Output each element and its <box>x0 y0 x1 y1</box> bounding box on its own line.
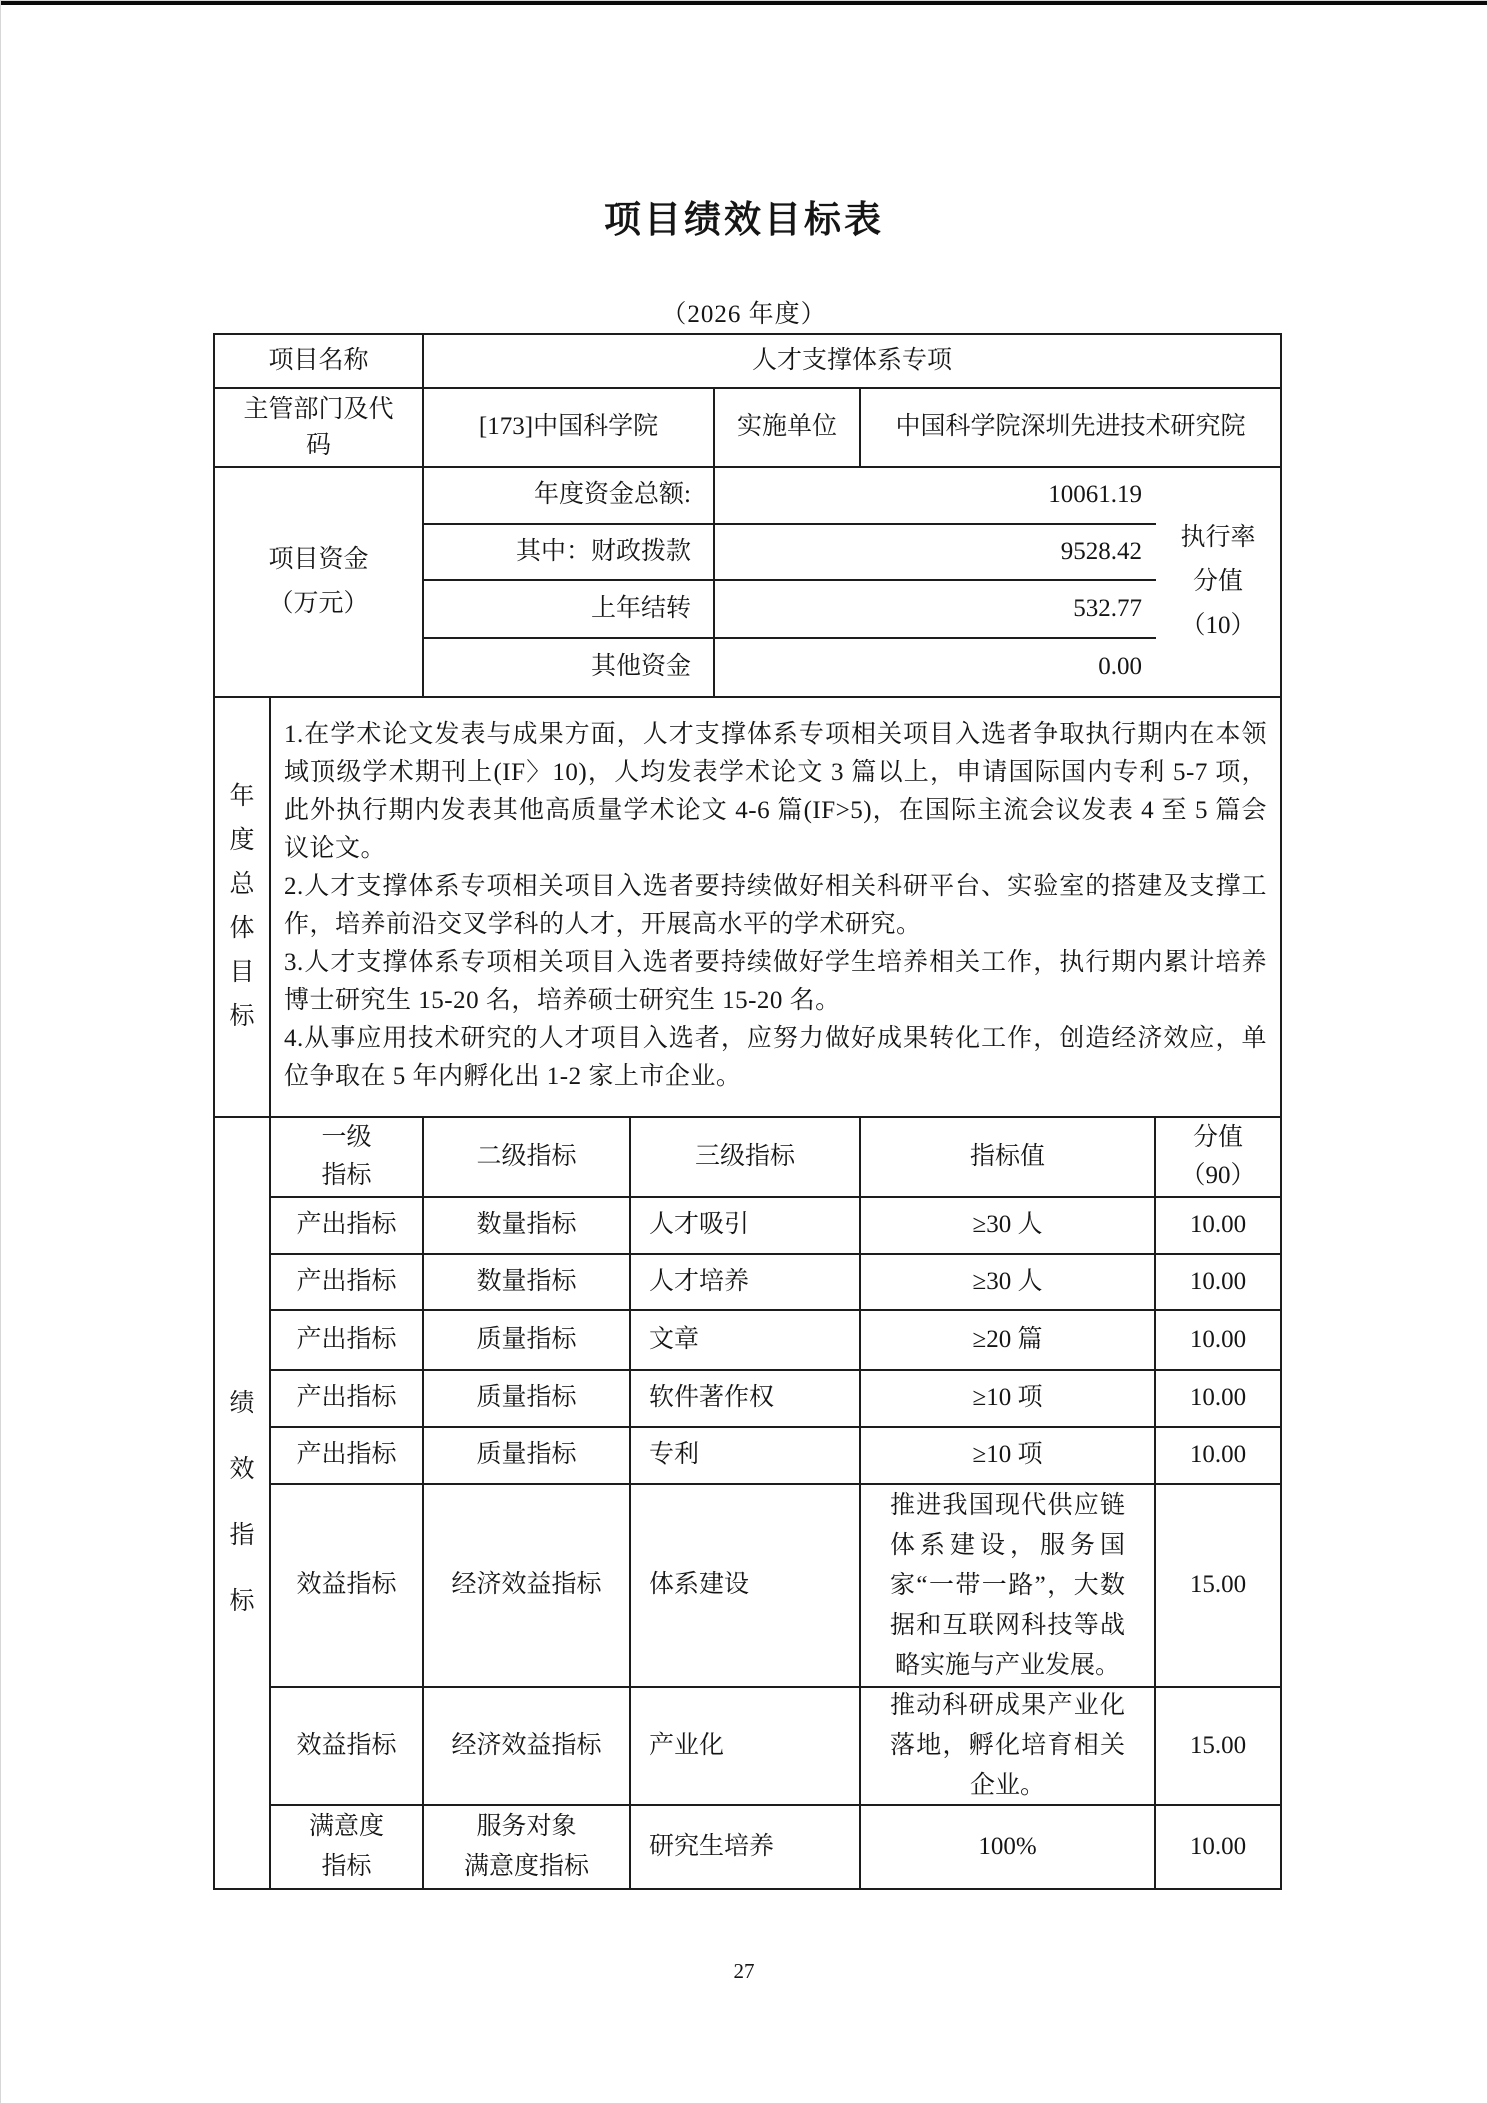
indicator-row-l1: 产出指标 <box>271 1311 424 1371</box>
indicator-row-l3: 研究生培养 <box>631 1806 861 1888</box>
funding-other-label-cell: 其他资金 <box>424 639 715 698</box>
indicator-row-value: ≥30 人 <box>861 1255 1156 1311</box>
indicator-row-l2: 质量指标 <box>424 1428 631 1485</box>
indicator-row-value: 推进我国现代供应链体系建设，服务国家“一带一路”，大数据和互联网科技等战略实施与… <box>861 1485 1156 1688</box>
funding-fiscal-label-cell: 其中：财政拨款 <box>424 525 715 581</box>
indicator-value-long-text: 推进我国现代供应链体系建设，服务国家“一带一路”，大数据和互联网科技等战略实施与… <box>865 1486 1150 1686</box>
impl-unit-label-cell: 实施单位 <box>715 389 861 468</box>
indicator-row-l3: 人才吸引 <box>631 1198 861 1255</box>
indicator-row-l2: 数量指标 <box>424 1198 631 1255</box>
indicator-row-score: 10.00 <box>1156 1255 1280 1311</box>
indicator-row-score: 10.00 <box>1156 1198 1280 1255</box>
indicator-row-score: 15.00 <box>1156 1688 1280 1806</box>
indicators-label-text: 绩效指标 <box>228 1371 256 1635</box>
indicator-row-l3: 专利 <box>631 1428 861 1485</box>
indicator-row-value: ≥30 人 <box>861 1198 1156 1255</box>
funding-carryover-label-cell: 上年结转 <box>424 581 715 639</box>
dept-value-cell: [173]中国科学院 <box>424 389 715 468</box>
funding-total-value-cell: 10061.19 <box>715 468 1156 525</box>
indicator-row-l2: 经济效益指标 <box>424 1688 631 1806</box>
indicator-row-l2: 数量指标 <box>424 1255 631 1311</box>
indicator-row-score: 10.00 <box>1156 1311 1280 1371</box>
indicator-row-l3: 人才培养 <box>631 1255 861 1311</box>
execution-rate-score-cell: 执行率 分值 （10） <box>1156 468 1280 698</box>
indicator-value-long-text: 推动科研成果产业化落地，孵化培育相关企业。 <box>865 1688 1150 1806</box>
performance-target-table: 项目名称 人才支撑体系专项 主管部门及代码 [173]中国科学院 实施单位 中国… <box>213 333 1282 1890</box>
indicator-row-l1: 产出指标 <box>271 1428 424 1485</box>
page-number: 27 <box>1 1959 1487 1984</box>
indicator-row-l2: 服务对象 满意度指标 <box>424 1806 631 1888</box>
header-value-cell: 指标值 <box>861 1118 1156 1198</box>
dept-label-cell: 主管部门及代码 <box>215 389 424 468</box>
goal-paragraph-3: 3.人才支撑体系专项相关项目入选者要持续做好学生培养相关工作，执行期内累计培养博… <box>284 944 1267 1020</box>
indicator-row-l1: 产出指标 <box>271 1371 424 1428</box>
indicator-row-score: 10.00 <box>1156 1428 1280 1485</box>
indicator-row-l3: 文章 <box>631 1311 861 1371</box>
indicator-row-value: 推动科研成果产业化落地，孵化培育相关企业。 <box>861 1688 1156 1806</box>
header-score-cell: 分值 （90） <box>1156 1118 1280 1198</box>
project-name-value-cell: 人才支撑体系专项 <box>424 335 1280 389</box>
indicator-row-score: 10.00 <box>1156 1371 1280 1428</box>
funding-label-cell: 项目资金 （万元） <box>215 468 424 698</box>
goal-paragraph-1: 1.在学术论文发表与成果方面，人才支撑体系专项相关项目入选者争取执行期内在本领域… <box>284 716 1267 868</box>
annual-goals-text-cell: 1.在学术论文发表与成果方面，人才支撑体系专项相关项目入选者争取执行期内在本领域… <box>271 698 1280 1118</box>
document-page: 项目绩效目标表 （2026 年度） 项目名称 人才支撑体系专项 主管部门及代码 … <box>0 0 1488 2104</box>
funding-total-label-cell: 年度资金总额: <box>424 468 715 525</box>
header-level3-cell: 三级指标 <box>631 1118 861 1198</box>
indicators-label-cell: 绩效指标 <box>215 1118 271 1888</box>
funding-carryover-value-cell: 532.77 <box>715 581 1156 639</box>
page-subtitle: （2026 年度） <box>1 294 1487 330</box>
indicator-row-l2: 经济效益指标 <box>424 1485 631 1688</box>
annual-goals-label-text: 年度总体目标 <box>228 775 256 1039</box>
annual-goals-label-cell: 年度总体目标 <box>215 698 271 1118</box>
indicator-row-value: ≥10 项 <box>861 1371 1156 1428</box>
indicator-row-l1: 效益指标 <box>271 1688 424 1806</box>
indicator-row-value: 100% <box>861 1806 1156 1888</box>
funding-fiscal-value-cell: 9528.42 <box>715 525 1156 581</box>
indicator-row-score: 10.00 <box>1156 1806 1280 1888</box>
header-level1-cell: 一级 指标 <box>271 1118 424 1198</box>
indicator-row-l3: 体系建设 <box>631 1485 861 1688</box>
goal-paragraph-2: 2.人才支撑体系专项相关项目入选者要持续做好相关科研平台、实验室的搭建及支撑工作… <box>284 868 1267 944</box>
page-title: 项目绩效目标表 <box>1 189 1487 243</box>
project-name-label-cell: 项目名称 <box>215 335 424 389</box>
header-level2-cell: 二级指标 <box>424 1118 631 1198</box>
indicator-row-l1: 产出指标 <box>271 1198 424 1255</box>
indicator-row-l1: 产出指标 <box>271 1255 424 1311</box>
indicator-row-score: 15.00 <box>1156 1485 1280 1688</box>
impl-unit-value-cell: 中国科学院深圳先进技术研究院 <box>861 389 1280 468</box>
indicator-row-l1: 效益指标 <box>271 1485 424 1688</box>
goal-paragraph-4: 4.从事应用技术研究的人才项目入选者，应努力做好成果转化工作，创造经济效应，单位… <box>284 1020 1267 1096</box>
indicator-row-value: ≥10 项 <box>861 1428 1156 1485</box>
indicator-row-value: ≥20 篇 <box>861 1311 1156 1371</box>
indicator-row-l3: 软件著作权 <box>631 1371 861 1428</box>
top-edge-bar <box>1 1 1487 5</box>
indicator-row-l2: 质量指标 <box>424 1311 631 1371</box>
indicator-row-l1: 满意度 指标 <box>271 1806 424 1888</box>
funding-other-value-cell: 0.00 <box>715 639 1156 698</box>
dept-label-text: 主管部门及代码 <box>237 392 401 464</box>
indicator-row-l2: 质量指标 <box>424 1371 631 1428</box>
indicator-row-l3: 产业化 <box>631 1688 861 1806</box>
